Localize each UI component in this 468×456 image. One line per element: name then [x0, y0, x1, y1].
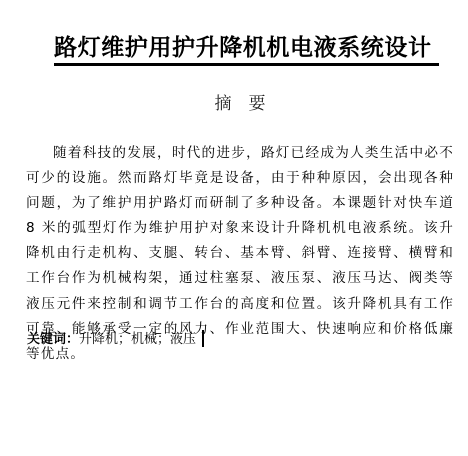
text-cursor — [202, 330, 204, 347]
keywords-line[interactable]: 关键词：升降机；机械；液压 — [27, 330, 204, 350]
keywords-label: 关键词： — [27, 332, 79, 347]
document-title: 路灯维护用护升降机机电液系统设计 — [54, 34, 439, 66]
document-page: 路灯维护用护升降机机电液系统设计 摘 要 随着科技的发展，时代的进步，路灯已经成… — [0, 0, 468, 456]
abstract-heading: 摘 要 — [0, 92, 468, 116]
keywords-value[interactable]: 升降机；机械；液压 — [79, 332, 196, 347]
